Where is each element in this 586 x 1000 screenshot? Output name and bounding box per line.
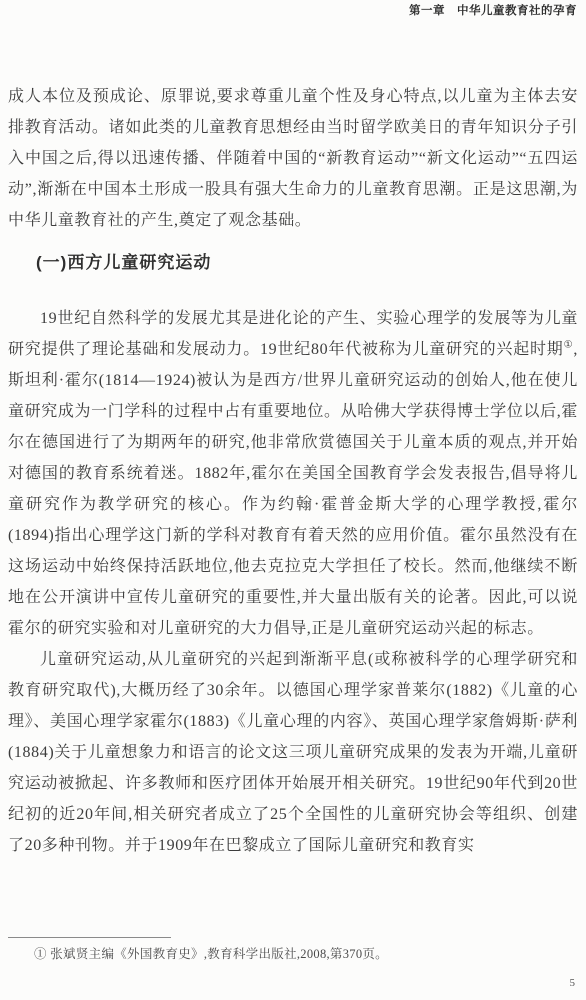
book-page: 第一章 中华儿童教育社的孕育 成人本位及预成论、原罪说,要求尊重儿童个性及身心特…: [0, 0, 586, 1000]
page-body: 成人本位及预成论、原罪说,要求尊重儿童个性及身心特点,以儿童为主体去安排教育活动…: [8, 81, 578, 861]
footnote-marker: ①: [34, 947, 47, 961]
paragraph-movement: 儿童研究运动,从儿童研究的兴起到渐渐平息(或称被科学的心理学研究和教育研究取代)…: [8, 644, 578, 861]
section-heading: (一)西方儿童研究运动: [8, 250, 578, 276]
page-number: 5: [570, 977, 576, 989]
footnote-marker-superscript: ①: [564, 340, 574, 351]
footnote-area: ① 张斌贤主编《外国教育史》,教育科学出版社,2008,第370页。: [8, 937, 578, 963]
running-header: 第一章 中华儿童教育社的孕育: [409, 2, 577, 18]
paragraph-continuation: 成人本位及预成论、原罪说,要求尊重儿童个性及身心特点,以儿童为主体去安排教育活动…: [8, 81, 578, 236]
footnote: ① 张斌贤主编《外国教育史》,教育科学出版社,2008,第370页。: [8, 946, 578, 963]
footnote-divider-rule: [8, 937, 171, 938]
paragraph-hall: 19世纪自然科学的发展尤其是进化论的产生、实验心理学的发展等为儿童研究提供了理论…: [8, 303, 578, 644]
paragraph-hall-text-before-marker: 19世纪自然科学的发展尤其是进化论的产生、实验心理学的发展等为儿童研究提供了理论…: [8, 310, 578, 358]
footnote-text: 张斌贤主编《外国教育史》,教育科学出版社,2008,第370页。: [50, 947, 388, 961]
paragraph-hall-text-after-marker: ,斯坦利·霍尔(1814—1924)被认为是西方/世界儿童研究运动的创始人,他在…: [8, 341, 578, 637]
